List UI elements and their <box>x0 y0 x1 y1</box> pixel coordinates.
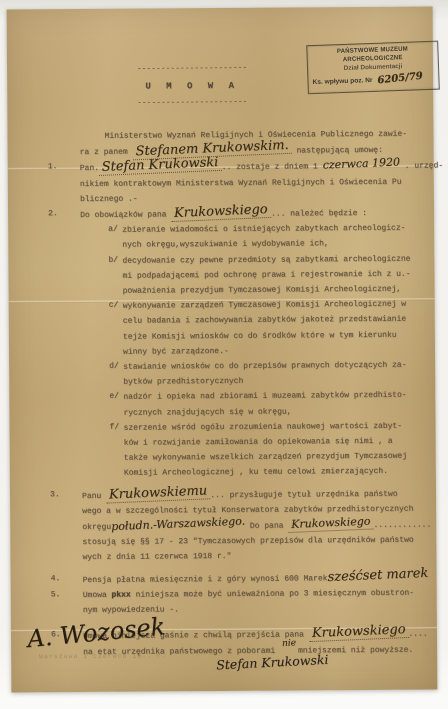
typed-text: wykonywanie zarządzeń Tymczasowej Komisj… <box>123 300 406 311</box>
subitem-letter: e/ <box>109 390 119 404</box>
text-line: wych z dnia 11 czerwca 1918 r." <box>82 548 434 566</box>
item-3: 3.Panu Krukowskiemu... przysługuje tytuł… <box>82 485 435 565</box>
typed-text: poważnienia prezydjum Tymczasowej Komisj… <box>123 285 402 296</box>
typed-text: wych z dnia 11 czerwca 1918 r." <box>82 552 231 562</box>
typed-text: tejże Komisji wniosków co do środków któ… <box>123 330 397 341</box>
handwritten-text: czerwca 1920 <box>322 156 400 173</box>
stamp-entry-label: Ks. wpływu poz. Nr <box>312 77 372 86</box>
handwritten-text: Krukowskiego <box>308 623 408 642</box>
item-number: 3. <box>50 488 60 502</box>
item-5: 5.Umowa pkxx niniejsza może być unieważn… <box>83 585 435 618</box>
item-number: 5. <box>51 588 61 602</box>
handwritten-text: sześćset marek <box>327 567 428 585</box>
text-line: zbieranie wiadomości o istniejących zaby… <box>122 221 432 238</box>
typed-text: niniejsza może być unieważniona po 3 mie… <box>131 589 414 600</box>
handwritten-text: Stefan Krukowski <box>99 156 222 176</box>
text-line: Pan.Stefan Krukowski.. zostaje z dniem 1… <box>80 158 432 177</box>
text-line: Komisji Archeologicznej , ku temu celowi… <box>124 464 434 481</box>
typed-text: zbieranie wiadomości o istniejących zaby… <box>122 224 405 235</box>
typed-text: rycznych znajdujących się w okręgu, <box>123 407 291 417</box>
subitem-letter: b/ <box>108 253 118 267</box>
item-1: 1.Pan.Stefan Krukowski.. zostaje z dniem… <box>80 158 432 207</box>
typed-text: okręgu <box>82 523 111 532</box>
typed-text: Do pana <box>245 522 288 531</box>
handwritten-text: Krukowskiego <box>171 203 271 222</box>
document-title: U M O W A <box>127 81 257 92</box>
text-line: celu badania i zachowywania zabytków jak… <box>123 312 433 329</box>
item-2f: f/szerzenie wśród ogółu zrozumienia nauk… <box>123 418 433 481</box>
typed-text: ra z panem <box>80 148 133 157</box>
item-number: 2. <box>48 207 58 221</box>
item-number: 4. <box>51 572 61 586</box>
document-paper: PAŃSTWOWE MUZEUM ARCHEOLOGICZNE Dział Do… <box>7 7 438 693</box>
typed-text: ............ <box>373 521 431 530</box>
title-rule-top: ----------------------- <box>127 64 257 74</box>
typed-text: ... przysługuje tytuł urzędnika państwo <box>210 489 397 499</box>
typed-text: pkxx <box>111 591 130 600</box>
museum-receipt-stamp: PAŃSTWOWE MUZEUM ARCHEOLOGICZNE Dział Do… <box>306 41 440 95</box>
item-2a: a/zbieranie wiadomości o istniejących za… <box>122 221 432 254</box>
text-line: nadzór i opieka nad zbiorami i muzeami z… <box>123 388 433 405</box>
subitem-letter: c/ <box>109 299 119 313</box>
item-2d: d/stawianie wniosków co do przepisów pra… <box>123 358 433 391</box>
typed-text: Pensja płatna miesięcznie i z góry wynos… <box>83 574 328 585</box>
item-2c: c/wykonywanie zarządzeń Tymczasowej Komi… <box>123 297 433 360</box>
typed-text: stosują się §§ 17 - 23 "Tymczasowych prz… <box>82 536 413 547</box>
text-line: nikiem kontraktowym Ministerstwa Wyznań … <box>80 174 432 192</box>
title-rule-bottom: ----------------------- <box>127 98 257 108</box>
typed-text: ... należeć będzie : <box>271 209 367 219</box>
subitem-letter: d/ <box>109 360 119 374</box>
scanned-document-photo: { "stamp": { "line1": "PAŃSTWOWE MUZEUM … <box>0 0 448 709</box>
item-2e: e/nadzór i opieka nad zbiorami i muzeami… <box>123 388 433 421</box>
typed-text: .... <box>408 630 427 639</box>
handwritten-text: Krukowskiego <box>288 515 374 534</box>
typed-text: ków i rozwijanie zamiłowania do opiekowa… <box>124 437 393 448</box>
item-number: 1. <box>48 161 58 175</box>
subitem-letter: a/ <box>108 223 118 237</box>
stamp-entry-line: Ks. wpływu poz. Nr 6205/79 <box>312 72 434 89</box>
typed-text: następującą umowę: <box>292 146 383 156</box>
typed-text: Do obowiązków pana <box>80 210 171 220</box>
signature-typed-caption: Warszawa 1 czerwca 19.. r. <box>39 652 166 660</box>
typed-text: Umowa <box>83 591 112 600</box>
typed-text: mi podpadającemi pod ochronę prawa i rej… <box>122 270 410 281</box>
subitem-letter: f/ <box>109 421 119 435</box>
typed-text: nikiem kontraktowym Ministerstwa Wyznań … <box>80 177 402 188</box>
item-2b: b/decydowanie czy pewne przedmioty są za… <box>122 251 432 299</box>
typed-text: celu badania i zachowywania zabytków jak… <box>123 315 406 326</box>
handwritten-text: Krukowskiemu <box>106 484 211 504</box>
text-line: tejże Komisji wniosków co do środków któ… <box>123 327 433 344</box>
typed-text: decydowanie czy pewne przedmioty są zaby… <box>122 254 410 265</box>
stamp-entry-number-handwritten: 6205/79 <box>377 71 423 88</box>
typed-text: . urzęd- <box>400 162 443 171</box>
typed-text: Panu <box>82 491 106 500</box>
handwritten-text: nie <box>282 636 297 651</box>
text-line: Umowa pkxx niniejsza może być unieważnio… <box>83 585 435 603</box>
typed-text: nadzór i opieka nad zbiorami i muzeami z… <box>123 391 406 402</box>
typed-text: także wykonywanie wszelkich zarządzeń pr… <box>124 452 407 463</box>
text-line: stawianie wniosków co do przepisów prawn… <box>123 358 433 375</box>
typed-text: nych okręgu,wyszukiwanie i wydobywanie i… <box>122 240 328 250</box>
typed-text: bytków przedhistorycznych <box>123 377 243 387</box>
typed-text: szerzenie wśród ogółu zrozumienia naukow… <box>124 422 403 433</box>
typed-text: winny być zarządzone.- <box>123 347 229 357</box>
typed-text: Pan. <box>80 164 99 173</box>
typed-text: .. zostaje z dniem 1 <box>222 163 323 173</box>
typed-text: blicznego .- <box>80 194 138 203</box>
document-title-block: ----------------------- U M O W A ------… <box>127 64 257 108</box>
typed-text: stawianie wniosków co do przepisów prawn… <box>123 361 406 372</box>
text-line: stosują się §§ 17 - 23 "Tymczasowych prz… <box>82 533 434 551</box>
typed-text: Komisji Archeologicznej , ku temu celowi… <box>124 467 388 478</box>
contract-body: Ministerstwo Wyznań Religijnych i Oświec… <box>7 127 435 661</box>
